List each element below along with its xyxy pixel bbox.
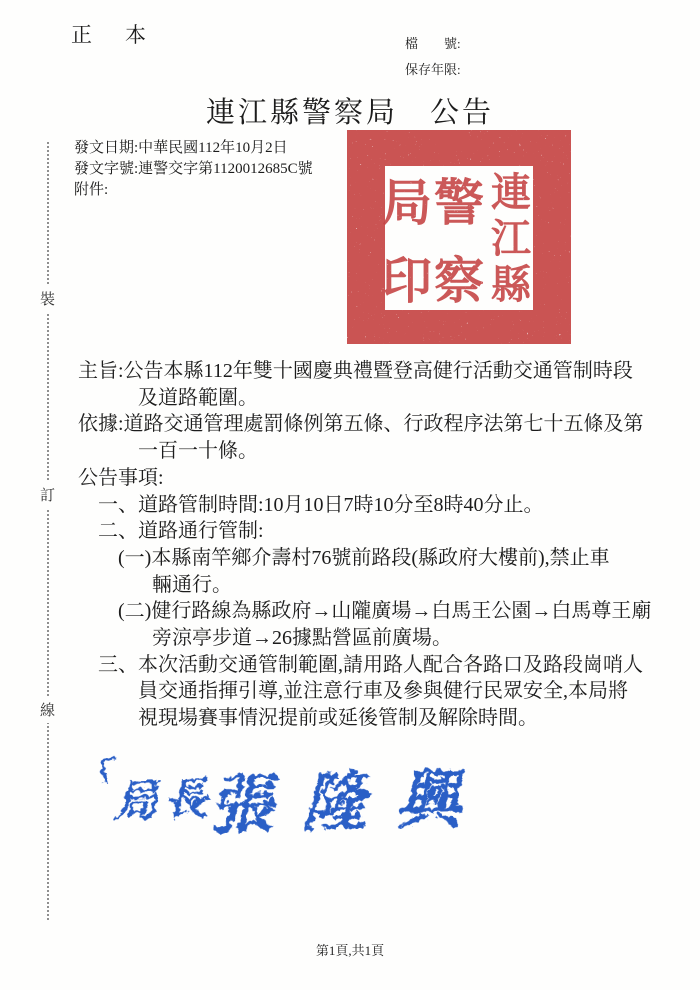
binding-dotted-line xyxy=(47,142,49,920)
line-item-3a: 三、本次活動交通管制範圍,請用路人配合各路口及路段崗哨人 xyxy=(78,652,651,679)
seal-character: 縣 xyxy=(491,262,532,307)
seal-character: 察 xyxy=(434,253,484,309)
binding-mark-zhuang: 裝 xyxy=(40,285,55,312)
line-basis-2: 一百一十條。 xyxy=(78,438,651,465)
seal-character: 警 xyxy=(434,175,484,231)
page-number: 第1頁,共1頁 xyxy=(0,940,700,959)
signature-graphic: 局長 張隆興 xyxy=(90,742,480,852)
binding-mark-ding: 訂 xyxy=(40,481,55,508)
document-number: 發文字號:連警交字第1120012685C號 xyxy=(74,159,313,180)
line-subject-1: 主旨:公告本縣112年雙十國慶典禮暨登高健行活動交通管制時段 xyxy=(78,358,651,385)
line-item-2: 二、道路通行管制: xyxy=(78,518,651,545)
seal-character: 江 xyxy=(491,216,531,261)
line-item-2-2a: (二)健行路線為縣政府→山隴廣場→白馬王公園→白馬尊王廟 xyxy=(78,598,651,625)
line-item-2-2b: 旁涼亭步道→26據點營區前廣場。 xyxy=(78,625,651,652)
line-item-1: 一、道路管制時間:10月10日7時10分至8時40分止。 xyxy=(78,492,651,519)
director-signature: 局長 張隆興 xyxy=(90,742,480,857)
line-items-header: 公告事項: xyxy=(78,465,651,492)
document-page: 正 本 檔 號: 保存年限: 連江縣警察局 公告 發文日期:中華民國112年10… xyxy=(0,0,700,990)
retention-period-label: 保存年限: xyxy=(405,57,461,83)
document-meta: 發文日期:中華民國112年10月2日 發文字號:連警交字第1120012685C… xyxy=(74,138,313,201)
line-item-2-1a: (一)本縣南竿鄉介壽村76號前路段(縣政府大樓前),禁止車 xyxy=(78,545,651,572)
document-title: 連江縣警察局 公告 xyxy=(0,90,700,131)
binding-mark-xian: 線 xyxy=(40,696,55,723)
seal-character: 連 xyxy=(491,170,531,215)
line-subject-2: 及道路範圍。 xyxy=(78,385,651,412)
file-info-block: 檔 號: 保存年限: xyxy=(405,31,461,83)
issue-date: 發文日期:中華民國112年10月2日 xyxy=(74,138,313,159)
seal-border xyxy=(347,130,571,344)
seal-character: 局 xyxy=(382,175,432,231)
attachment-label: 附件: xyxy=(74,180,313,201)
signature-name: 張隆興 xyxy=(205,762,480,840)
signature-title: 局長 xyxy=(111,773,210,825)
official-seal-graphic: 連 江 縣 警 察 局 印 xyxy=(345,128,573,346)
file-number-label: 檔 號: xyxy=(405,31,461,57)
seal-character: 印 xyxy=(382,253,432,309)
line-item-2-1b: 輛通行。 xyxy=(78,572,651,599)
announcement-body: 主旨:公告本縣112年雙十國慶典禮暨登高健行活動交通管制時段 及道路範圍。 依據… xyxy=(78,358,651,732)
line-item-3b: 員交通指揮引導,並注意行車及參與健行民眾安全,本局將 xyxy=(78,678,651,705)
line-item-3c: 視現場賽事情況提前或延後管制及解除時間。 xyxy=(78,705,651,732)
line-basis-1: 依據:道路交通管理處罰條例第五條、行政程序法第七十五條及第 xyxy=(78,411,651,438)
official-seal: 連 江 縣 警 察 局 印 xyxy=(345,128,573,351)
copy-type-label: 正 本 xyxy=(71,19,152,49)
